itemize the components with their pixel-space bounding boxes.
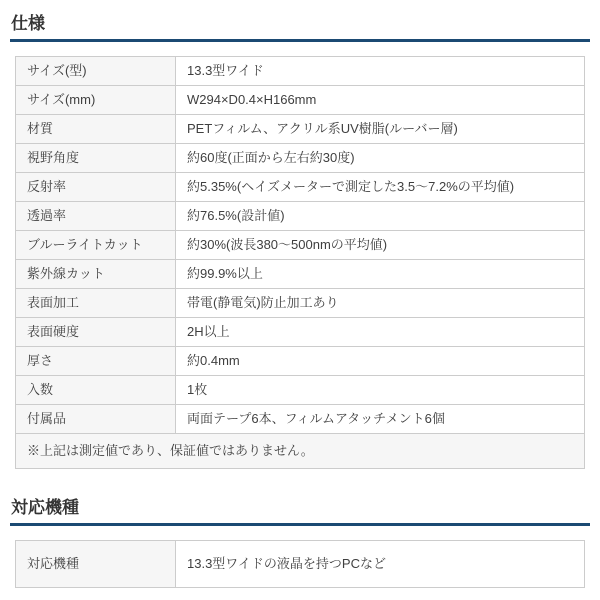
spec-value: 約5.35%(ヘイズメーターで測定した3.5〜7.2%の平均値) [176, 173, 585, 202]
spec-label: 入数 [16, 376, 176, 405]
compatible-models-section: 対応機種 対応機種 13.3型ワイドの液晶を持つPCなど [10, 497, 590, 588]
spec-value: 約60度(正面から左右約30度) [176, 144, 585, 173]
spec-value: 両面テープ6本、フィルムアタッチメント6個 [176, 405, 585, 434]
spec-label: 反射率 [16, 173, 176, 202]
spec-value: PETフィルム、アクリル系UV樹脂(ルーバー層) [176, 115, 585, 144]
spec-row: 紫外線カット 約99.9%以上 [16, 260, 585, 289]
spec-row: サイズ(型) 13.3型ワイド [16, 57, 585, 86]
spec-row: 厚さ 約0.4mm [16, 347, 585, 376]
spec-label: 表面加工 [16, 289, 176, 318]
spec-label: 材質 [16, 115, 176, 144]
spec-value: 約30%(波長380〜500nmの平均値) [176, 231, 585, 260]
spec-value: W294×D0.4×H166mm [176, 86, 585, 115]
spec-note-row: ※上記は測定値であり、保証値ではありません。 [16, 434, 585, 469]
spec-value: 帯電(静電気)防止加工あり [176, 289, 585, 318]
spec-label: 付属品 [16, 405, 176, 434]
spec-value: 2H以上 [176, 318, 585, 347]
spec-row: 視野角度 約60度(正面から左右約30度) [16, 144, 585, 173]
spec-label: サイズ(mm) [16, 86, 176, 115]
spec-value: 1枚 [176, 376, 585, 405]
spec-row: 表面硬度 2H以上 [16, 318, 585, 347]
spec-value: 約0.4mm [176, 347, 585, 376]
spec-label: 透過率 [16, 202, 176, 231]
compatible-models-table: 対応機種 13.3型ワイドの液晶を持つPCなど [15, 540, 585, 588]
spec-label: ブルーライトカット [16, 231, 176, 260]
spec-table: サイズ(型) 13.3型ワイド サイズ(mm) W294×D0.4×H166mm… [15, 56, 585, 469]
spec-row: 反射率 約5.35%(ヘイズメーターで測定した3.5〜7.2%の平均値) [16, 173, 585, 202]
spec-note: ※上記は測定値であり、保証値ではありません。 [16, 434, 585, 469]
spec-label: 紫外線カット [16, 260, 176, 289]
spec-row: 入数 1枚 [16, 376, 585, 405]
spec-row: 表面加工 帯電(静電気)防止加工あり [16, 289, 585, 318]
spec-label: 厚さ [16, 347, 176, 376]
spec-row: 透過率 約76.5%(設計値) [16, 202, 585, 231]
spec-row: 対応機種 13.3型ワイドの液晶を持つPCなど [16, 541, 585, 588]
spec-label: 視野角度 [16, 144, 176, 173]
product-spec-page: 仕様 サイズ(型) 13.3型ワイド サイズ(mm) W294×D0.4×H16… [0, 0, 600, 588]
spec-row: ブルーライトカット 約30%(波長380〜500nmの平均値) [16, 231, 585, 260]
spec-value: 約76.5%(設計値) [176, 202, 585, 231]
spec-label: 対応機種 [16, 541, 176, 588]
spec-label: サイズ(型) [16, 57, 176, 86]
spec-section-title: 仕様 [10, 13, 590, 42]
spec-row: 材質 PETフィルム、アクリル系UV樹脂(ルーバー層) [16, 115, 585, 144]
spec-row: 付属品 両面テープ6本、フィルムアタッチメント6個 [16, 405, 585, 434]
compatible-models-title: 対応機種 [10, 497, 590, 526]
spec-section: 仕様 サイズ(型) 13.3型ワイド サイズ(mm) W294×D0.4×H16… [10, 13, 590, 469]
spec-label: 表面硬度 [16, 318, 176, 347]
spec-value: 13.3型ワイドの液晶を持つPCなど [176, 541, 585, 588]
spec-row: サイズ(mm) W294×D0.4×H166mm [16, 86, 585, 115]
spec-value: 約99.9%以上 [176, 260, 585, 289]
spec-value: 13.3型ワイド [176, 57, 585, 86]
